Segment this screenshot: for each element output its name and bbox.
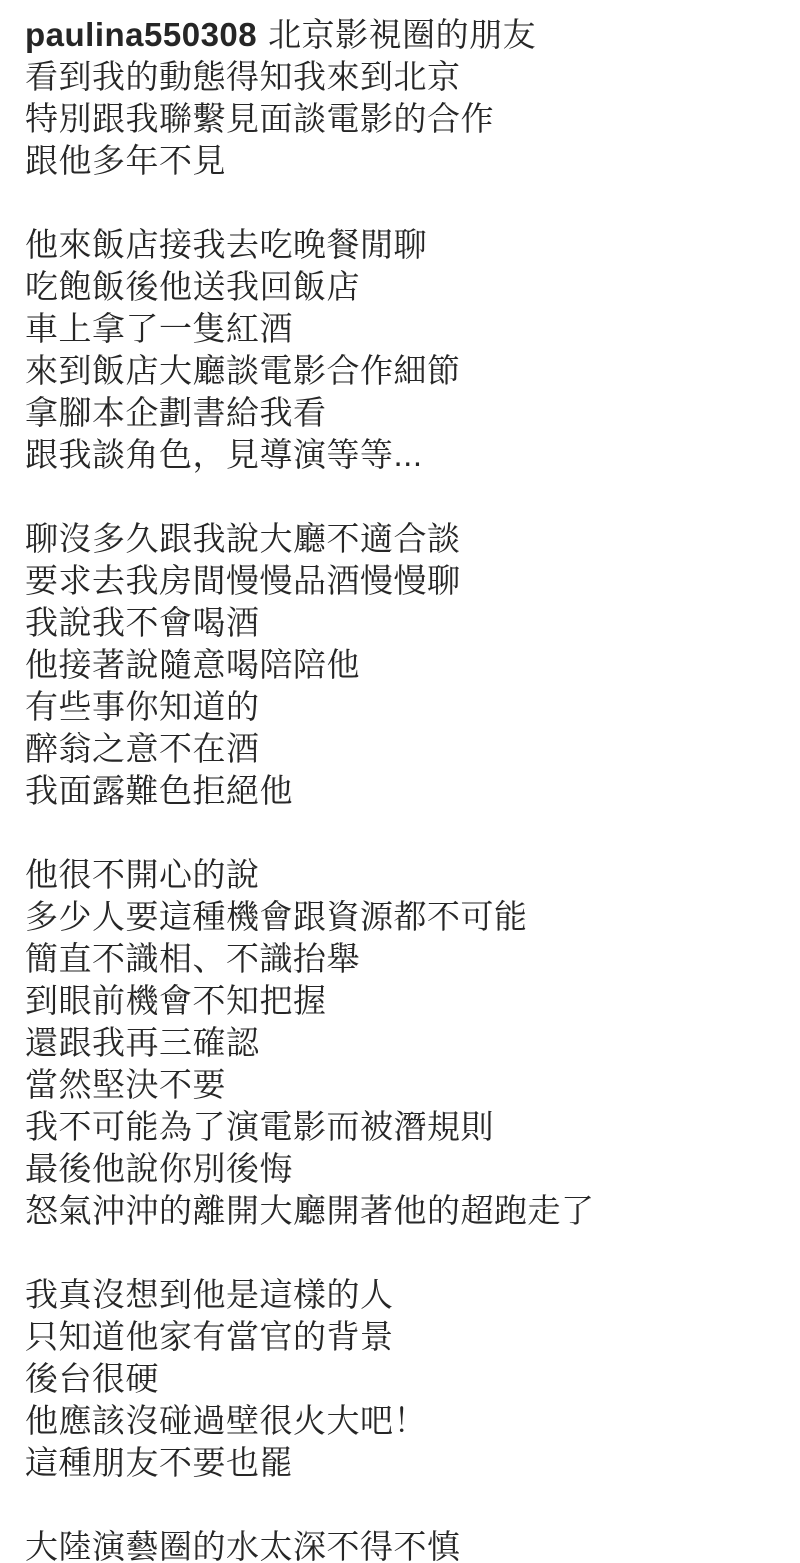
username-link[interactable]: paulina550308 bbox=[25, 16, 257, 53]
caption-line: 聊沒多久跟我說大廳不適合談 bbox=[25, 518, 780, 560]
caption-line: 這種朋友不要也罷 bbox=[25, 1442, 780, 1484]
caption-text: 北京影視圈的朋友 bbox=[268, 16, 536, 53]
caption-line: 我面露難色拒絕他 bbox=[25, 770, 780, 812]
caption-line: 看到我的動態得知我來到北京 bbox=[25, 56, 780, 98]
caption-line: 最後他說你別後悔 bbox=[25, 1148, 780, 1190]
caption-line: 我說我不會喝酒 bbox=[25, 602, 780, 644]
caption-line: 拿腳本企劃書給我看 bbox=[25, 392, 780, 434]
caption-line: 醉翁之意不在酒 bbox=[25, 728, 780, 770]
caption-paragraph: paulina550308北京影視圈的朋友 看到我的動態得知我來到北京 特別跟我… bbox=[25, 14, 780, 182]
caption-line: 他應該沒碰過壁很火大吧！ bbox=[25, 1400, 780, 1442]
caption-line: 他接著說隨意喝陪陪他 bbox=[25, 644, 780, 686]
caption-line: 簡直不識相、不識抬舉 bbox=[25, 938, 780, 980]
caption-line: 當然堅決不要 bbox=[25, 1064, 780, 1106]
caption-line: 多少人要這種機會跟資源都不可能 bbox=[25, 896, 780, 938]
caption-line: 吃飽飯後他送我回飯店 bbox=[25, 266, 780, 308]
caption-paragraph: 他很不開心的說 多少人要這種機會跟資源都不可能 簡直不識相、不識抬舉 到眼前機會… bbox=[25, 854, 780, 1232]
caption-line: 還跟我再三確認 bbox=[25, 1022, 780, 1064]
caption-line: 有些事你知道的 bbox=[25, 686, 780, 728]
caption-paragraph: 他來飯店接我去吃晚餐閒聊 吃飽飯後他送我回飯店 車上拿了一隻紅酒 來到飯店大廳談… bbox=[25, 224, 780, 476]
caption-line: 後台很硬 bbox=[25, 1358, 780, 1400]
caption-line: 來到飯店大廳談電影合作細節 bbox=[25, 350, 780, 392]
caption-paragraph: 聊沒多久跟我說大廳不適合談 要求去我房間慢慢品酒慢慢聊 我說我不會喝酒 他接著說… bbox=[25, 518, 780, 812]
caption-line: 他來飯店接我去吃晚餐閒聊 bbox=[25, 224, 780, 266]
caption-line: 到眼前機會不知把握 bbox=[25, 980, 780, 1022]
caption-line: 特別跟我聯繫見面談電影的合作 bbox=[25, 98, 780, 140]
caption-line: 我不可能為了演電影而被潛規則 bbox=[25, 1106, 780, 1148]
post-caption: paulina550308北京影視圈的朋友 看到我的動態得知我來到北京 特別跟我… bbox=[0, 0, 800, 1563]
caption-first-line: paulina550308北京影視圈的朋友 bbox=[25, 14, 780, 56]
caption-line: 車上拿了一隻紅酒 bbox=[25, 308, 780, 350]
caption-line: 他很不開心的說 bbox=[25, 854, 780, 896]
caption-line: 跟我談角色，見導演等等... bbox=[25, 434, 780, 476]
caption-line: 跟他多年不見 bbox=[25, 140, 780, 182]
caption-paragraph: 我真沒想到他是這樣的人 只知道他家有當官的背景 後台很硬 他應該沒碰過壁很火大吧… bbox=[25, 1274, 780, 1484]
caption-line: 我真沒想到他是這樣的人 bbox=[25, 1274, 780, 1316]
caption-line: 怒氣沖沖的離開大廳開著他的超跑走了 bbox=[25, 1190, 780, 1232]
caption-line: 要求去我房間慢慢品酒慢慢聊 bbox=[25, 560, 780, 602]
caption-paragraph: 大陸演藝圈的水太深不得不慎 bbox=[25, 1526, 780, 1563]
caption-line: 只知道他家有當官的背景 bbox=[25, 1316, 780, 1358]
caption-line: 大陸演藝圈的水太深不得不慎 bbox=[25, 1526, 780, 1563]
